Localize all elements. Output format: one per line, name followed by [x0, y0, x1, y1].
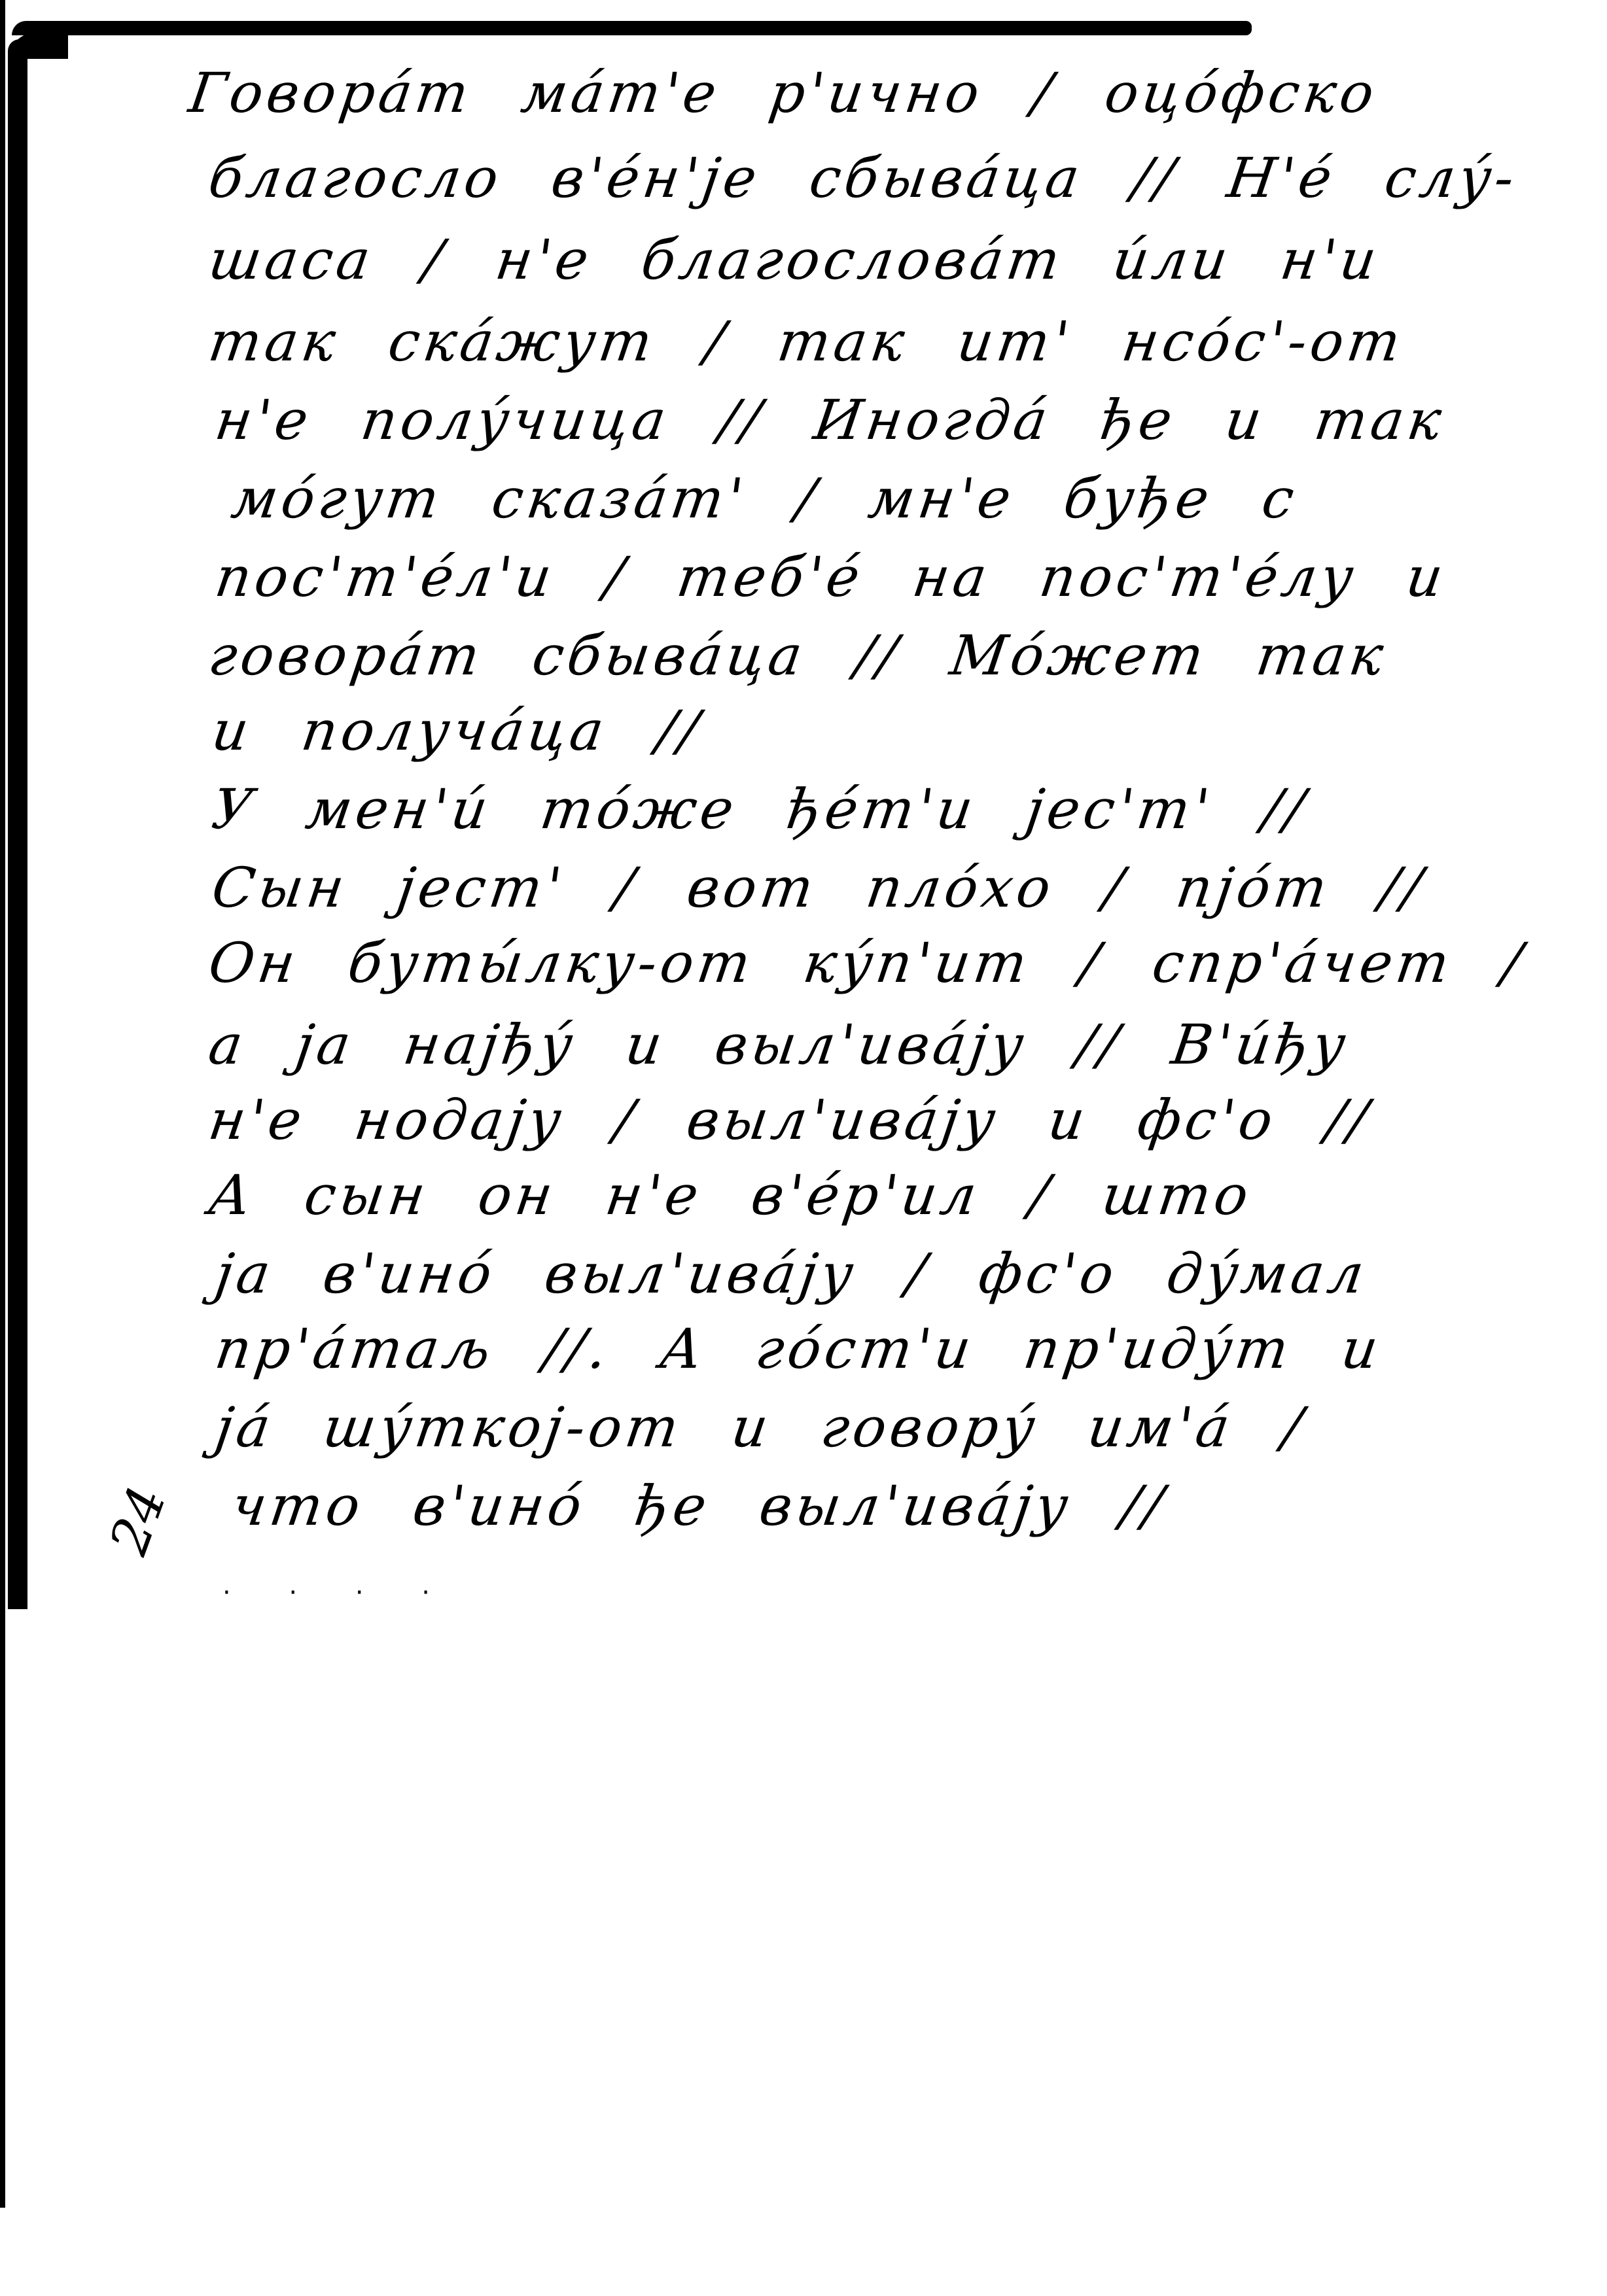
- text-line: что в'ино́ ђе выл'ива́ју //: [228, 1478, 1170, 1533]
- text-line: У мен'и́ то́же ђе́т'и јес'т' //: [209, 782, 1311, 837]
- text-line: так ска́жут / так ит' нсо́с'-от: [205, 314, 1407, 369]
- text-line: шаса / н'е благослова́т и́ли н'и: [205, 232, 1383, 287]
- text-line: Сын јест' / вот пло́хо / пјо́т //: [209, 860, 1429, 915]
- text-line: пос'т'е́л'и / теб'е́ на пос'т'е́лу и: [212, 549, 1450, 604]
- text-line: А сын он н'е в'е́р'ил / што: [205, 1168, 1256, 1223]
- trailing-marks: · · · ·: [222, 1578, 455, 1608]
- text-line: Он буты́лку-от ку́п'ит / спр'а́чет /: [205, 935, 1529, 990]
- text-line: а ја најђу́ и выл'ива́ју // В'и́ђу: [205, 1017, 1352, 1072]
- text-line: н'е нодају / выл'ива́ју и фс'о //: [205, 1092, 1375, 1147]
- text-line: благосло в'е́н'је сбыва́ца // Н'е́ слу́-: [205, 150, 1521, 205]
- text-line: Говора́т ма́т'е р'ично / оцо́фско: [186, 65, 1381, 120]
- text-line: ја́ шу́ткој-от и говору́ им'а́ /: [212, 1400, 1309, 1455]
- text-line: н'е полу́чица // Иногда́ ђе и так: [212, 392, 1449, 447]
- text-line: мо́гут сказа́т' / мн'е буђе с: [228, 471, 1301, 526]
- text-line: говора́т сбыва́ца // Мо́жет так: [205, 628, 1390, 683]
- text-line: ја в'ино́ выл'ива́ју / фс'о ду́мал: [212, 1246, 1371, 1301]
- text-line: и получа́ца //: [209, 703, 706, 758]
- document-page: Говора́т ма́т'е р'ично / оцо́фско благос…: [0, 0, 1607, 2296]
- handwritten-text: Говора́т ма́т'е р'ично / оцо́фско благос…: [0, 0, 1607, 2296]
- text-line: пр'а́таљ //. А го́ст'и пр'иду́т и: [212, 1321, 1385, 1376]
